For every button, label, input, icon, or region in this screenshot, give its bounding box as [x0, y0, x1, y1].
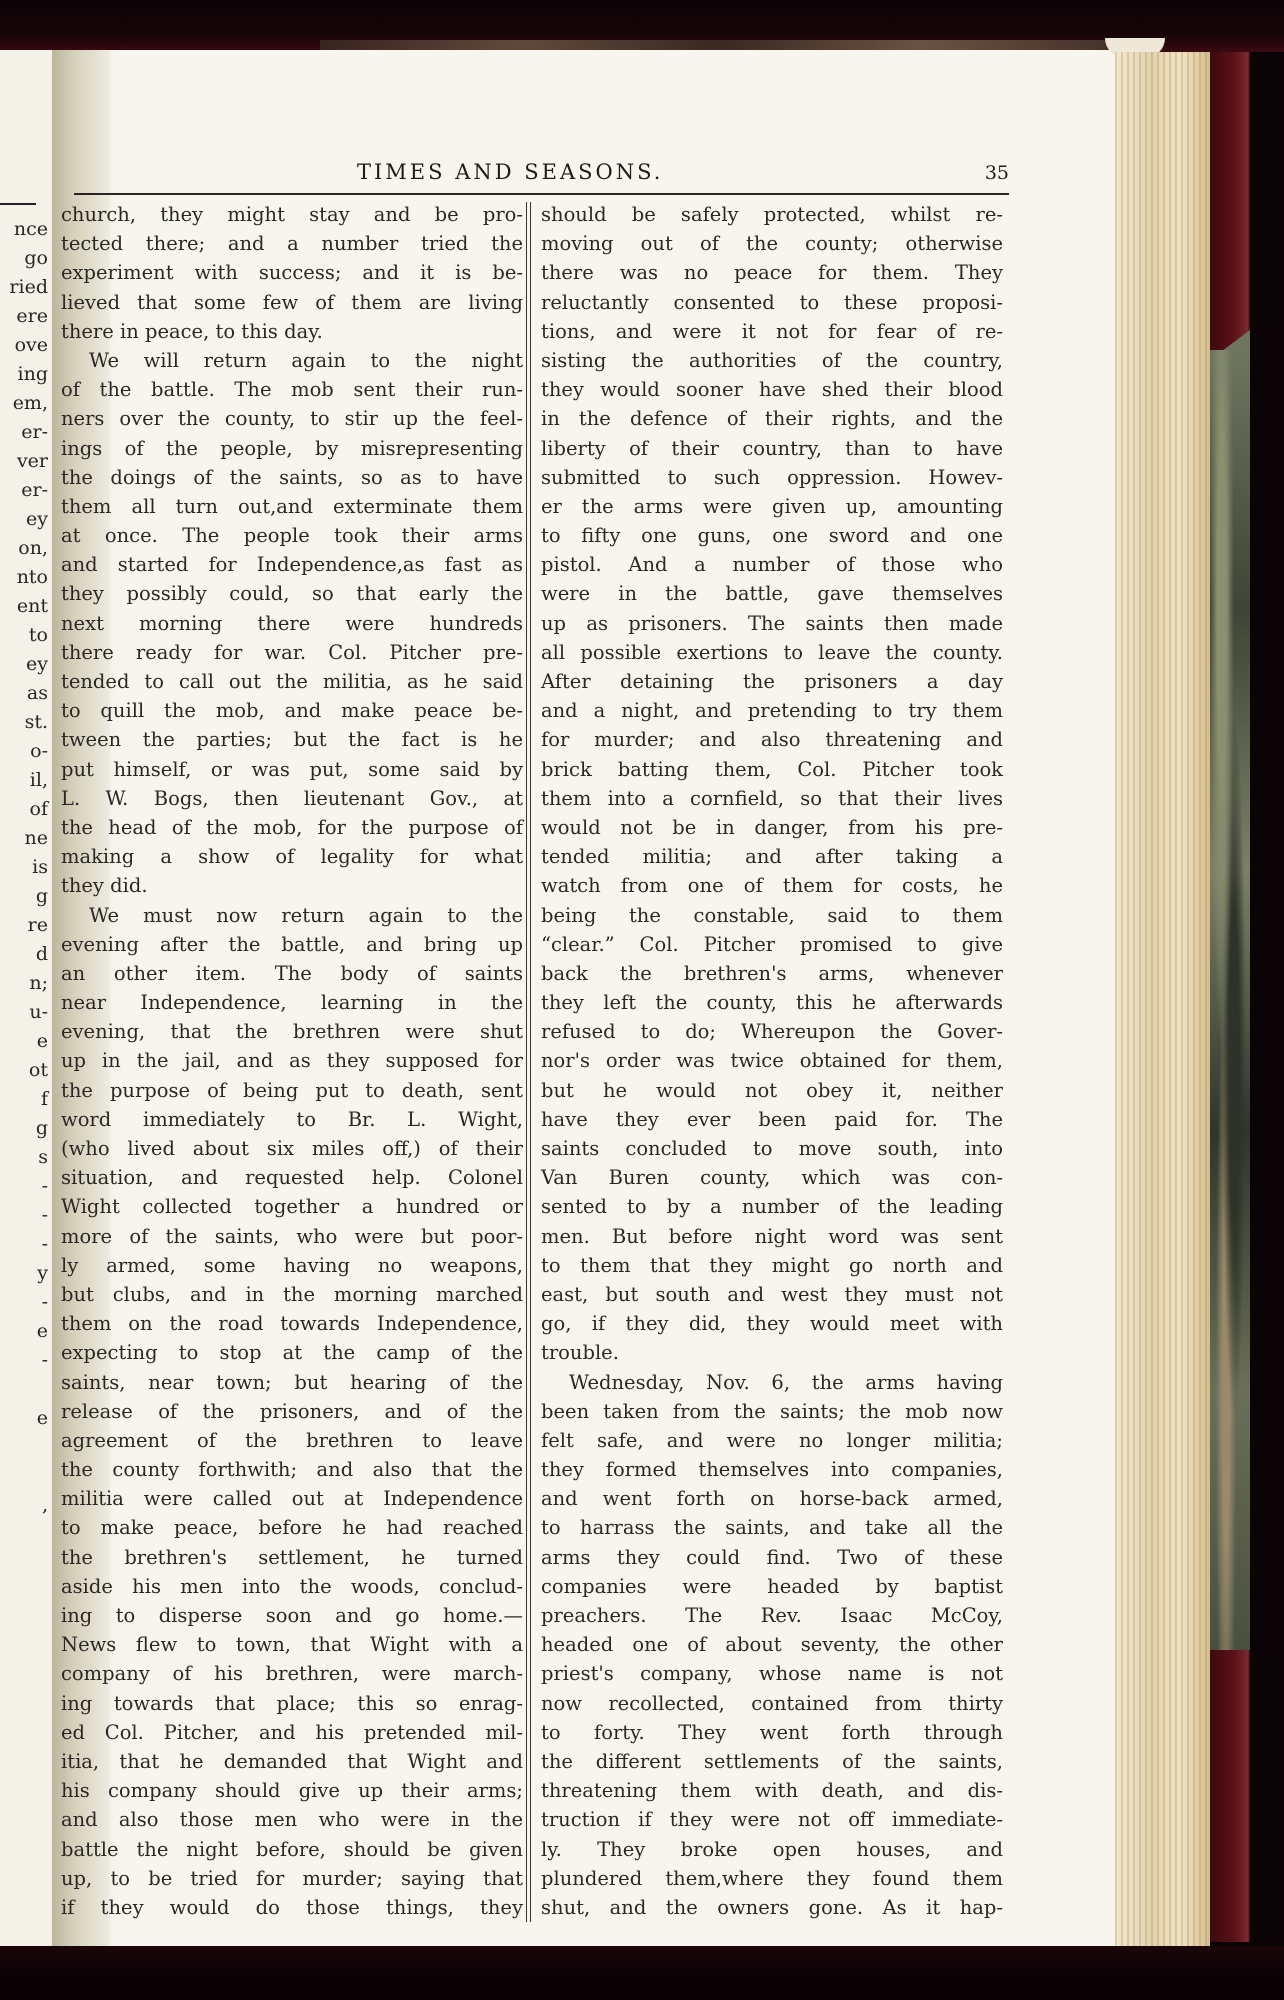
text-line: saints, near town; but hearing of the — [61, 1368, 523, 1397]
text-line: they left the county, this he afterwards — [541, 988, 1003, 1017]
text-line: and went forth on horse-back armed, — [541, 1484, 1003, 1513]
text-line: L. W. Bogs, then lieutenant Gov., at — [61, 784, 523, 813]
text-line: put himself, or was put, some said by — [61, 755, 523, 784]
text-line: We must now return again to the — [61, 901, 523, 930]
text-line: We will return again to the night — [61, 346, 523, 375]
text-line: tected there; and a number tried the — [61, 229, 523, 258]
text-line: they did. — [61, 871, 523, 900]
text-line: Wight collected together a hundred or — [61, 1192, 523, 1221]
text-line: to quill the mob, and make peace be- — [61, 696, 523, 725]
fore-edge-pages — [1115, 52, 1210, 1952]
text-line: Wednesday, Nov. 6, the arms having — [541, 1368, 1003, 1397]
text-line: (who lived about six miles off,) of thei… — [61, 1134, 523, 1163]
text-line: tween the parties; but the fact is he — [61, 725, 523, 754]
text-line: to make peace, before he had reached — [61, 1513, 523, 1542]
text-line: the county forthwith; and also that the — [61, 1455, 523, 1484]
text-line: been taken from the saints; the mob now — [541, 1397, 1003, 1426]
text-line: being the constable, said to them — [541, 901, 1003, 930]
text-line: agreement of the brethren to leave — [61, 1426, 523, 1455]
text-line: back the brethren's arms, whenever — [541, 959, 1003, 988]
text-line: men. But before night word was sent — [541, 1222, 1003, 1251]
bottom-cover-edge — [0, 1946, 1284, 2000]
text-line: evening, that the brethren were shut — [61, 1017, 523, 1046]
text-line: aside his men into the woods, conclud- — [61, 1572, 523, 1601]
text-line: pistol. And a number of those who — [541, 550, 1003, 579]
text-line: near Independence, learning in the — [61, 988, 523, 1017]
marbled-board — [1210, 350, 1250, 1650]
text-line: moving out of the county; otherwise — [541, 229, 1003, 258]
text-line: brick batting them, Col. Pitcher took — [541, 755, 1003, 784]
text-line: ed Col. Pitcher, and his pretended mil- — [61, 1718, 523, 1747]
text-line: if they would do those things, they — [61, 1893, 523, 1922]
text-line: After detaining the prisoners a day — [541, 667, 1003, 696]
text-line: would not be in danger, from his pre- — [541, 813, 1003, 842]
text-line: his company should give up their arms; — [61, 1776, 523, 1805]
text-line: the doings of the saints, so as to have — [61, 463, 523, 492]
text-line: saints concluded to move south, into — [541, 1134, 1003, 1163]
text-line: the head of the mob, for the purpose of — [61, 813, 523, 842]
text-line: but he would not obey it, neither — [541, 1076, 1003, 1105]
text-line: to fifty one guns, one sword and one — [541, 521, 1003, 550]
running-title: TIMES AND SEASONS. — [357, 160, 663, 184]
text-line: nor's order was twice obtained for them, — [541, 1046, 1003, 1075]
text-line: evening after the battle, and bring up — [61, 930, 523, 959]
previous-page-rule — [0, 203, 36, 205]
text-line: company of his brethren, were march- — [61, 1659, 523, 1688]
text-line: itia, that he demanded that Wight and — [61, 1747, 523, 1776]
text-line: east, but south and west they must not — [541, 1280, 1003, 1309]
text-line: all possible exertions to leave the coun… — [541, 638, 1003, 667]
text-line: headed one of about seventy, the other — [541, 1630, 1003, 1659]
text-line: up as prisoners. The saints then made — [541, 609, 1003, 638]
text-line: ners over the county, to stir up the fee… — [61, 404, 523, 433]
text-line: expecting to stop at the camp of the — [61, 1338, 523, 1367]
column-divider — [526, 202, 531, 1922]
text-line: ing towards that place; this so enrag- — [61, 1689, 523, 1718]
text-line: now recollected, contained from thirty — [541, 1689, 1003, 1718]
text-line: sisting the authorities of the country, — [541, 346, 1003, 375]
text-line: ly armed, some having no weapons, — [61, 1251, 523, 1280]
text-line: companies were headed by baptist — [541, 1572, 1003, 1601]
text-line: and a night, and pretending to try them — [541, 696, 1003, 725]
text-line: have they ever been paid for. The — [541, 1105, 1003, 1134]
text-line: battle the night before, should be given — [61, 1835, 523, 1864]
text-line: experiment with success; and it is be- — [61, 258, 523, 287]
text-line: at once. The people took their arms — [61, 521, 523, 550]
text-line: reluctantly consented to these proposi- — [541, 288, 1003, 317]
running-head: TIMES AND SEASONS. 35 — [74, 158, 1009, 192]
text-line: they would sooner have shed their blood — [541, 375, 1003, 404]
text-line: but clubs, and in the morning marched — [61, 1280, 523, 1309]
text-line: go, if they did, they would meet with — [541, 1309, 1003, 1338]
text-line: preachers. The Rev. Isaac McCoy, — [541, 1601, 1003, 1630]
book-scan: nce go ried ere ove ing em, er- ver er- … — [0, 0, 1284, 2000]
text-line: and started for Independence,as fast as — [61, 550, 523, 579]
text-line: threatening them with death, and dis- — [541, 1776, 1003, 1805]
text-line: shut, and the owners gone. As it hap- — [541, 1893, 1003, 1922]
text-line: to forty. They went forth through — [541, 1718, 1003, 1747]
text-line: for murder; and also threatening and — [541, 725, 1003, 754]
text-line: the brethren's settlement, he turned — [61, 1543, 523, 1572]
text-line: them into a cornfield, so that their liv… — [541, 784, 1003, 813]
text-line: ly. They broke open houses, and — [541, 1835, 1003, 1864]
text-line: militia were called out at Independence — [61, 1484, 523, 1513]
text-line: they possibly could, so that early the — [61, 579, 523, 608]
text-line: church, they might stay and be pro- — [61, 200, 523, 229]
text-line: ing to disperse soon and go home.— — [61, 1601, 523, 1630]
previous-page-fragments: nce go ried ere ove ing em, er- ver er- … — [9, 215, 48, 1520]
text-line: should be safely protected, whilst re- — [541, 200, 1003, 229]
text-line: arms they could find. Two of these — [541, 1543, 1003, 1572]
text-line: er the arms were given up, amounting — [541, 492, 1003, 521]
text-line: News flew to town, that Wight with a — [61, 1630, 523, 1659]
text-line: to harrass the saints, and take all the — [541, 1513, 1003, 1542]
previous-page-sliver: nce go ried ere ove ing em, er- ver er- … — [0, 50, 52, 1948]
text-line: tended militia; and after taking a — [541, 842, 1003, 871]
right-column: should be safely protected, whilst re-mo… — [541, 200, 1003, 1922]
text-line: watch from one of them for costs, he — [541, 871, 1003, 900]
text-line: to them that they might go north and — [541, 1251, 1003, 1280]
text-line: sented to by a number of the leading — [541, 1192, 1003, 1221]
text-line: situation, and requested help. Colonel — [61, 1163, 523, 1192]
text-line: word immediately to Br. L. Wight, — [61, 1105, 523, 1134]
text-line: were in the battle, gave themselves — [541, 579, 1003, 608]
text-line: “clear.” Col. Pitcher promised to give — [541, 930, 1003, 959]
text-line: ings of the people, by misrepresenting — [61, 434, 523, 463]
text-line: Van Buren county, which was con- — [541, 1163, 1003, 1192]
text-line: lieved that some few of them are living — [61, 288, 523, 317]
text-line: they formed themselves into companies, — [541, 1455, 1003, 1484]
text-line: truction if they were not off immediate- — [541, 1805, 1003, 1834]
text-line: there in peace, to this day. — [61, 317, 523, 346]
text-line: them all turn out,and exterminate them — [61, 492, 523, 521]
text-line: them on the road towards Independence, — [61, 1309, 523, 1338]
text-line: liberty of their country, than to have — [541, 434, 1003, 463]
text-line: plundered them,where they found them — [541, 1864, 1003, 1893]
left-column: church, they might stay and be pro-tecte… — [61, 200, 523, 1922]
text-line: an other item. The body of saints — [61, 959, 523, 988]
text-line: release of the prisoners, and of the — [61, 1397, 523, 1426]
text-line: the different settlements of the saints, — [541, 1747, 1003, 1776]
text-line: priest's company, whose name is not — [541, 1659, 1003, 1688]
text-line: the purpose of being put to death, sent — [61, 1076, 523, 1105]
header-rule — [74, 193, 1009, 195]
text-line: more of the saints, who were but poor- — [61, 1222, 523, 1251]
text-line: next morning there were hundreds — [61, 609, 523, 638]
text-line: felt safe, and were no longer militia; — [541, 1426, 1003, 1455]
text-line: up in the jail, and as they supposed for — [61, 1046, 523, 1075]
text-line: there was no peace for them. They — [541, 258, 1003, 287]
text-line: there ready for war. Col. Pitcher pre- — [61, 638, 523, 667]
text-line: tions, and were it not for fear of re- — [541, 317, 1003, 346]
text-line: of the battle. The mob sent their run- — [61, 375, 523, 404]
text-line: and also those men who were in the — [61, 1805, 523, 1834]
page-number: 35 — [985, 162, 1009, 184]
text-line: up, to be tried for murder; saying that — [61, 1864, 523, 1893]
text-line: in the defence of their rights, and the — [541, 404, 1003, 433]
text-line: making a show of legality for what — [61, 842, 523, 871]
text-line: submitted to such oppression. Howev- — [541, 463, 1003, 492]
text-line: refused to do; Whereupon the Gover- — [541, 1017, 1003, 1046]
text-line: trouble. — [541, 1338, 1003, 1367]
text-line: tended to call out the militia, as he sa… — [61, 667, 523, 696]
